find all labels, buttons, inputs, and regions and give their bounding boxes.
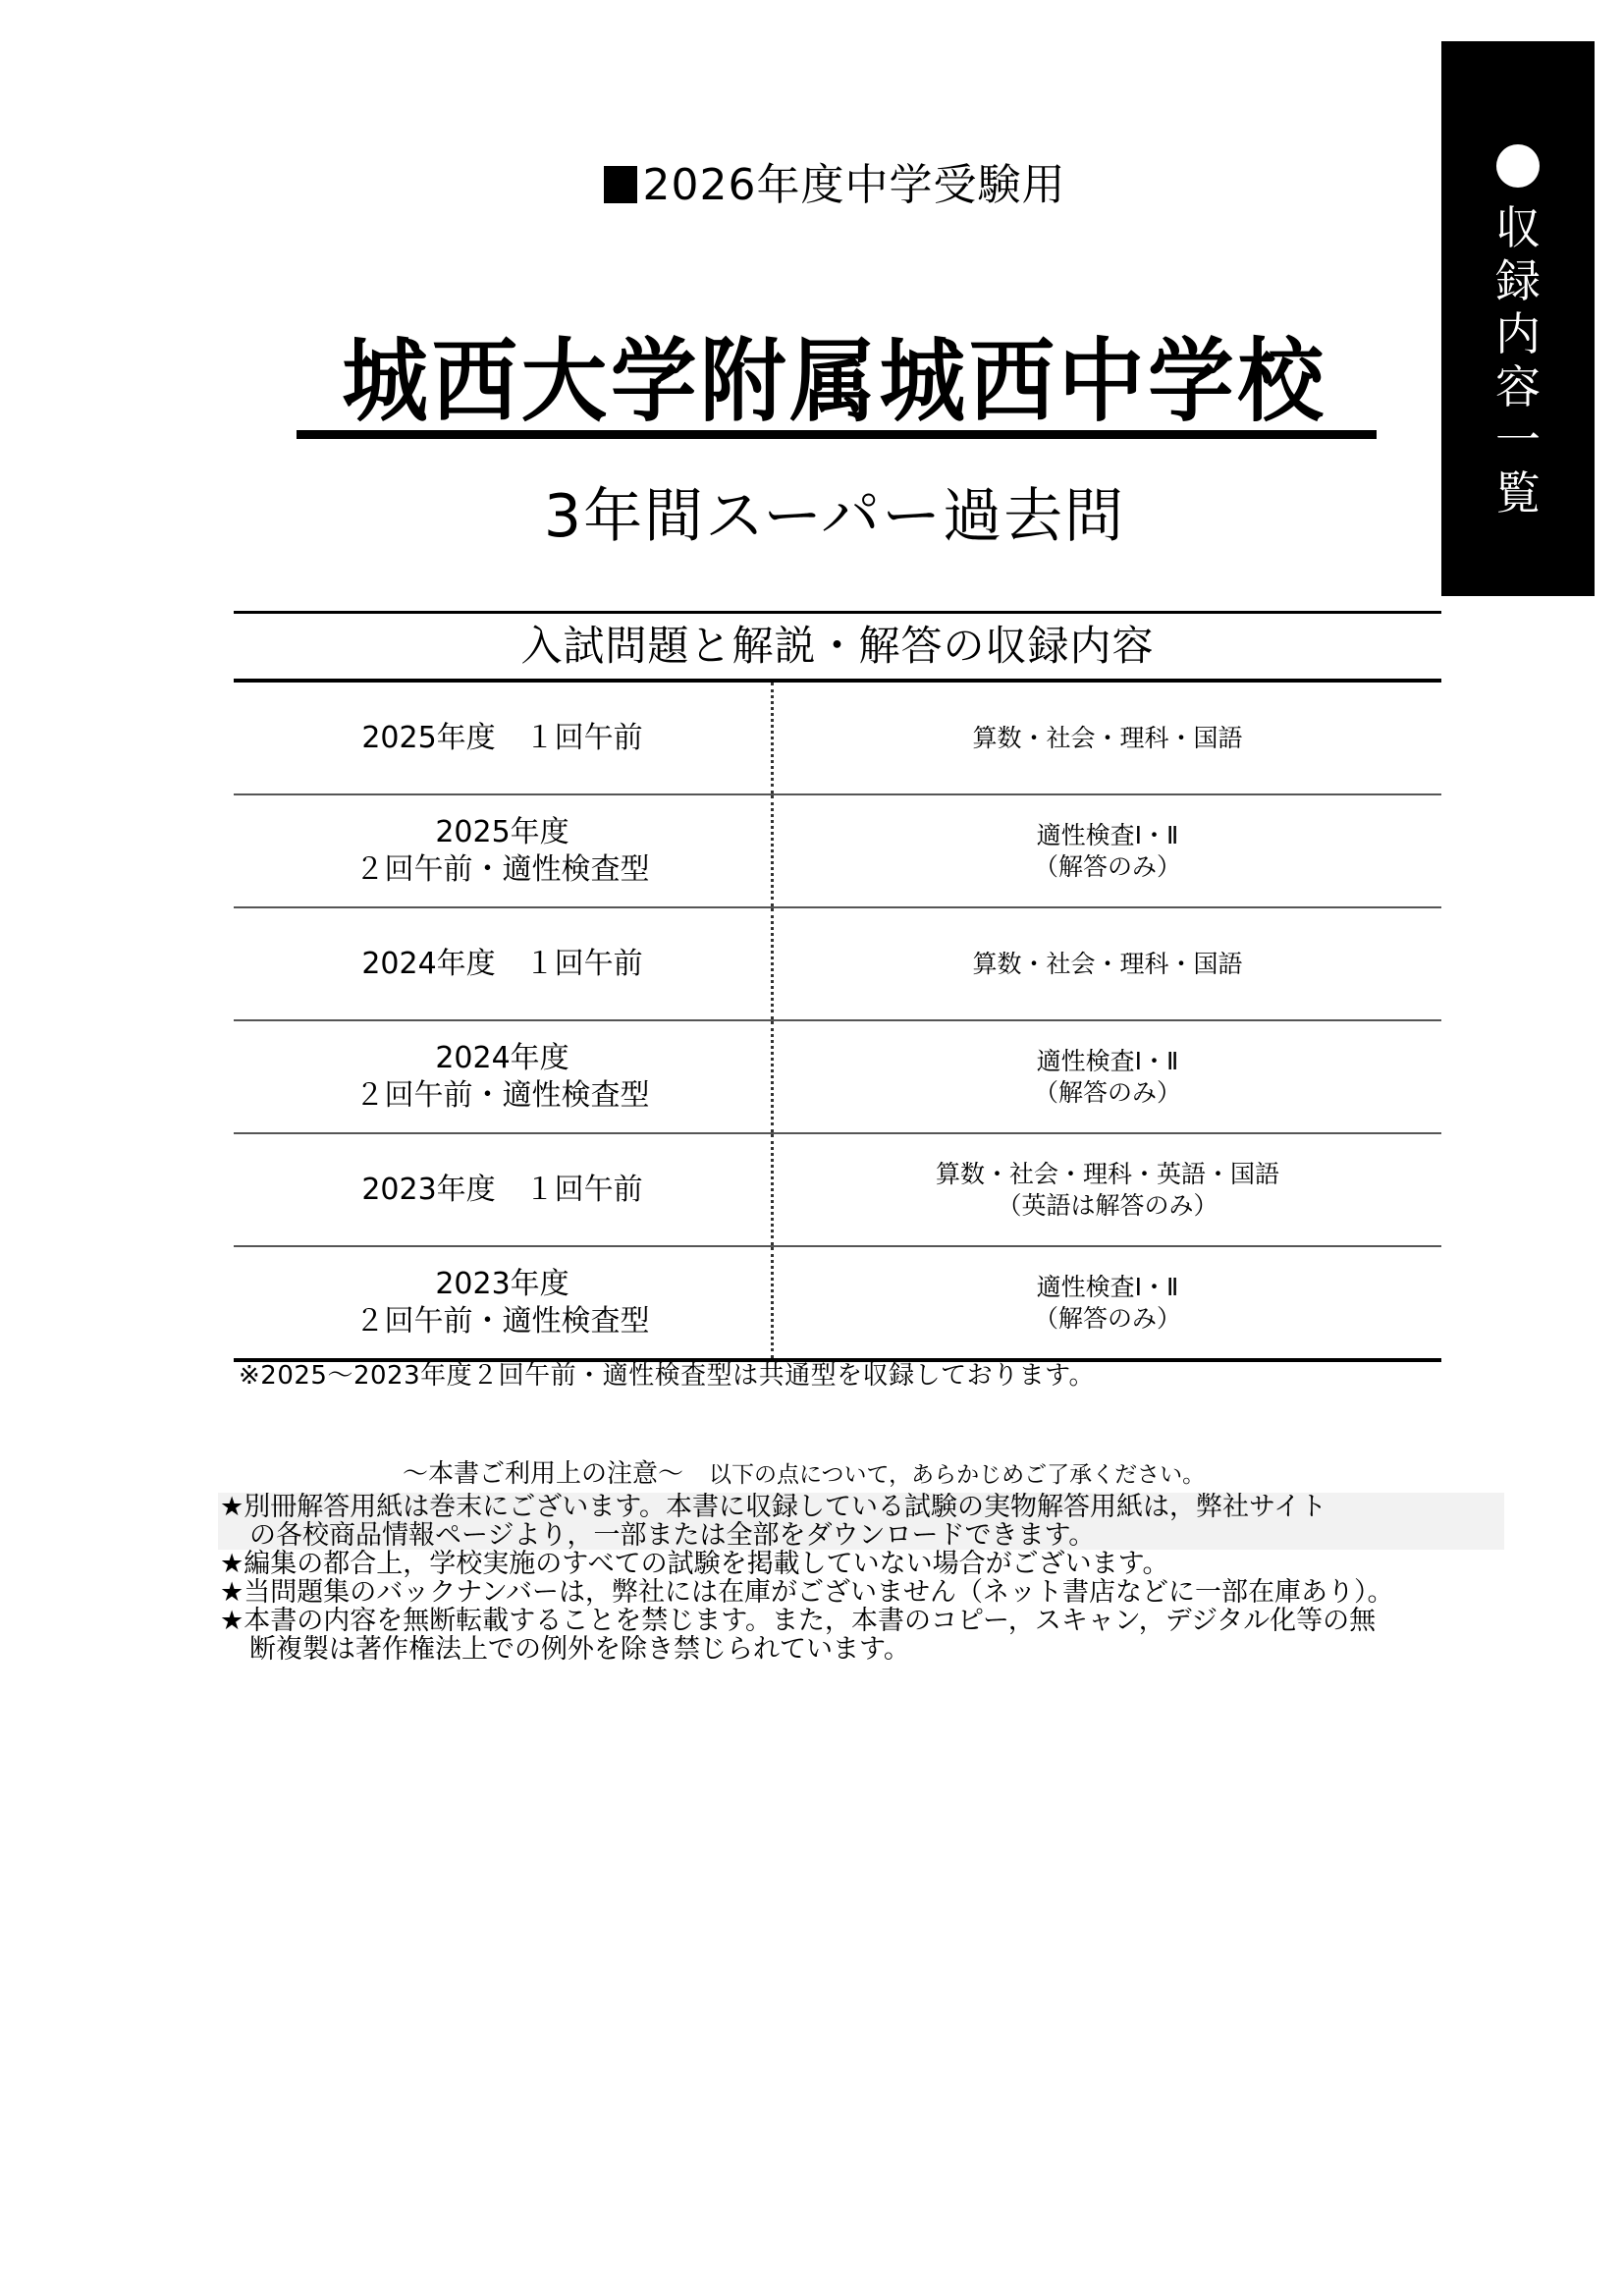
exam-cell: 2025年度 ２回午前・適性検査型 bbox=[234, 795, 771, 906]
subjects-line: （解答のみ） bbox=[1034, 851, 1181, 883]
exam-line: 2024年度 bbox=[435, 1040, 568, 1077]
subjects-line: （解答のみ） bbox=[1034, 1303, 1181, 1335]
notice-item-copyright: ★本書の内容を無断転載することを禁じます。また，本書のコピー，スキャン，デジタル… bbox=[218, 1607, 1504, 1664]
notice-line: ★編集の都合上，学校実施のすべての試験を掲載していない場合がございます。 bbox=[220, 1549, 1169, 1579]
side-tab-char: 一 bbox=[1495, 413, 1541, 466]
subjects-cell: 算数・社会・理科・英語・国語 （英語は解答のみ） bbox=[771, 1134, 1441, 1245]
notice-list: ★別冊解答用紙は巻末にございます。本書に収録している試験の実物解答用紙は，弊社サ… bbox=[218, 1493, 1504, 1664]
contents-rows: 2025年度 １回午前 算数・社会・理科・国語 2025年度 ２回午前・適性検査… bbox=[234, 683, 1441, 1362]
notice-line-cont: の各校商品情報ページより，一部または全部をダウンロードできます。 bbox=[220, 1521, 1504, 1550]
exam-line: 2024年度 １回午前 bbox=[361, 946, 642, 983]
title-divider bbox=[297, 430, 1377, 439]
book-subtitle: 3年間スーパー過去問 bbox=[295, 469, 1375, 554]
subjects-cell: 適性検査Ⅰ・Ⅱ （解答のみ） bbox=[771, 1247, 1441, 1358]
edition-text: 2026年度中学受験用 bbox=[643, 160, 1066, 210]
notice-item-back-numbers: ★当問題集のバックナンバーは，弊社には在庫がございません（ネット書店などに一部在… bbox=[218, 1578, 1504, 1607]
exam-line: 2025年度 １回午前 bbox=[361, 720, 642, 757]
subjects-line: 適性検査Ⅰ・Ⅱ bbox=[1037, 1046, 1179, 1077]
table-row: 2024年度 １回午前 算数・社会・理科・国語 bbox=[234, 908, 1441, 1021]
subjects-line: 適性検査Ⅰ・Ⅱ bbox=[1037, 1272, 1179, 1303]
subjects-line: 算数・社会・理科・国語 bbox=[972, 949, 1242, 980]
notice-line-cont: 断複製は著作権法上での例外を除き禁じられています。 bbox=[220, 1635, 1504, 1664]
exam-line: ２回午前・適性検査型 bbox=[355, 851, 650, 889]
table-row: 2023年度 １回午前 算数・社会・理科・英語・国語 （英語は解答のみ） bbox=[234, 1134, 1441, 1247]
notice-item-answer-sheets: ★別冊解答用紙は巻末にございます。本書に収録している試験の実物解答用紙は，弊社サ… bbox=[218, 1493, 1504, 1550]
side-tab-char: 覧 bbox=[1495, 466, 1541, 519]
side-tab-char: 内 bbox=[1495, 307, 1541, 360]
table-row: 2025年度 ２回午前・適性検査型 適性検査Ⅰ・Ⅱ （解答のみ） bbox=[234, 795, 1441, 908]
notice-line: ★当問題集のバックナンバーは，弊社には在庫がございません（ネット書店などに一部在… bbox=[220, 1577, 1393, 1608]
notice-line: ★別冊解答用紙は巻末にございます。本書に収録している試験の実物解答用紙は，弊社サ… bbox=[220, 1492, 1326, 1522]
notice-lead: 以下の点について，あらかじめご了承ください。 bbox=[709, 1462, 1205, 1488]
edition-label: 2026年度中学受験用 bbox=[0, 149, 1624, 212]
exam-cell: 2024年度 １回午前 bbox=[234, 908, 771, 1019]
side-tab-char: 録 bbox=[1495, 254, 1541, 307]
exam-cell: 2023年度 ２回午前・適性検査型 bbox=[234, 1247, 771, 1358]
subjects-cell: 算数・社会・理科・国語 bbox=[771, 908, 1441, 1019]
exam-cell: 2024年度 ２回午前・適性検査型 bbox=[234, 1021, 771, 1132]
side-tab-contents-list: 収 録 内 容 一 覧 bbox=[1441, 41, 1595, 596]
subjects-cell: 適性検査Ⅰ・Ⅱ （解答のみ） bbox=[771, 1021, 1441, 1132]
subjects-line: 適性検査Ⅰ・Ⅱ bbox=[1037, 820, 1179, 851]
contents-heading: 入試問題と解説・解答の収録内容 bbox=[234, 614, 1441, 679]
notice-heading: ～本書ご利用上の注意～以下の点について，あらかじめご了承ください。 bbox=[403, 1453, 1205, 1490]
subjects-cell: 適性検査Ⅰ・Ⅱ （解答のみ） bbox=[771, 795, 1441, 906]
square-bullet-icon bbox=[604, 166, 637, 203]
exam-cell: 2023年度 １回午前 bbox=[234, 1134, 771, 1245]
notice-title: ～本書ご利用上の注意～ bbox=[403, 1459, 683, 1489]
subjects-line: 算数・社会・理科・国語 bbox=[972, 723, 1242, 754]
exam-line: ２回午前・適性検査型 bbox=[355, 1077, 650, 1115]
exam-line: ２回午前・適性検査型 bbox=[355, 1303, 650, 1340]
contents-table: 入試問題と解説・解答の収録内容 2025年度 １回午前 算数・社会・理科・国語 … bbox=[234, 611, 1441, 1362]
exam-line: 2023年度 １回午前 bbox=[361, 1172, 642, 1209]
notice-item-editing: ★編集の都合上，学校実施のすべての試験を掲載していない場合がございます。 bbox=[218, 1550, 1504, 1578]
subjects-line: （英語は解答のみ） bbox=[997, 1190, 1218, 1222]
exam-line: 2025年度 bbox=[435, 814, 568, 851]
exam-cell: 2025年度 １回午前 bbox=[234, 683, 771, 793]
table-row: 2025年度 １回午前 算数・社会・理科・国語 bbox=[234, 683, 1441, 795]
subjects-cell: 算数・社会・理科・国語 bbox=[771, 683, 1441, 793]
school-name: 城西大学附属城西中学校 bbox=[322, 309, 1348, 439]
subjects-line: 算数・社会・理科・英語・国語 bbox=[936, 1159, 1279, 1190]
table-row: 2023年度 ２回午前・適性検査型 適性検査Ⅰ・Ⅱ （解答のみ） bbox=[234, 1247, 1441, 1362]
contents-footnote: ※2025～2023年度２回午前・適性検査型は共通型を収録しております。 bbox=[239, 1355, 1095, 1392]
exam-line: 2023年度 bbox=[435, 1266, 568, 1303]
notice-line: ★本書の内容を無断転載することを禁じます。また，本書のコピー，スキャン，デジタル… bbox=[220, 1606, 1376, 1636]
table-row: 2024年度 ２回午前・適性検査型 適性検査Ⅰ・Ⅱ （解答のみ） bbox=[234, 1021, 1441, 1134]
side-tab-char: 容 bbox=[1495, 360, 1541, 413]
subjects-line: （解答のみ） bbox=[1034, 1077, 1181, 1109]
